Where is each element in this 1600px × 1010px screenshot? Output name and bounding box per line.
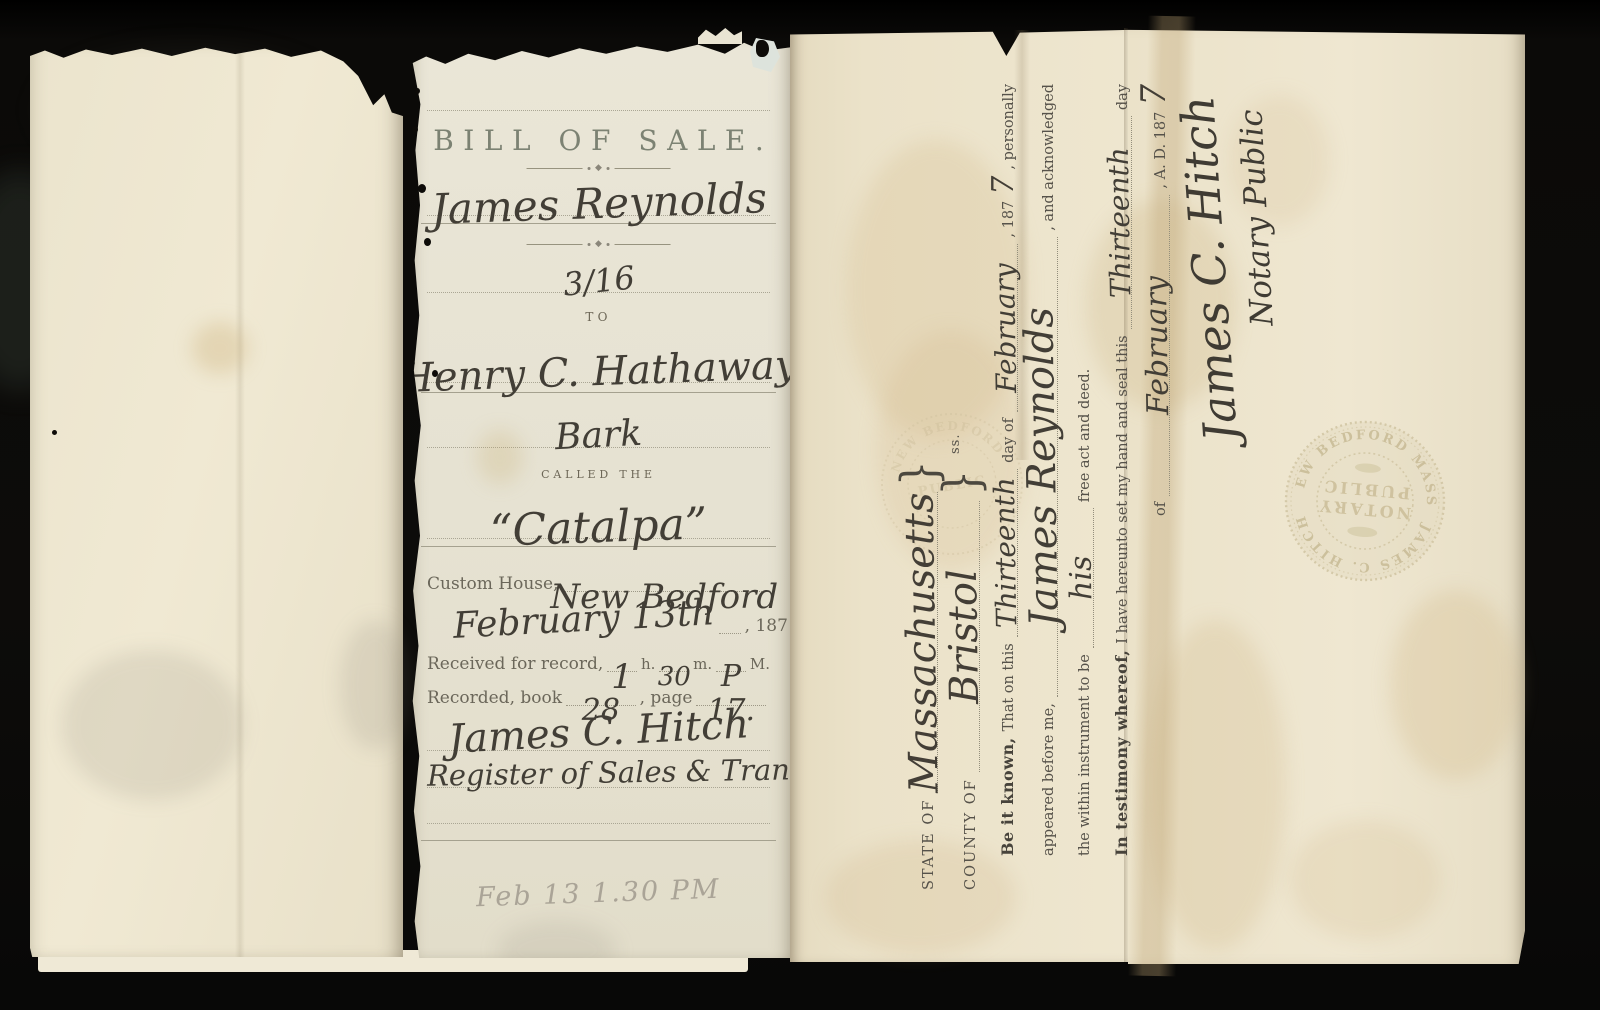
register-title-row: Register of Sales & Transfers	[407, 770, 790, 776]
grantor-row: James Reynolds	[407, 200, 790, 208]
county-label: COUNTY OF	[963, 778, 979, 890]
called-the-row: CALLED THE	[407, 468, 790, 481]
testimony-line-2: of February , A. D. 187 7	[1150, 84, 1170, 516]
hour-label: h.	[641, 655, 655, 673]
ornament-divider: ◆	[526, 164, 671, 173]
day-value: Thirteenth	[1002, 478, 1010, 629]
custom-house-row: Custom House, New Bedford	[407, 574, 790, 594]
free-act-text: free act and deed.	[1077, 369, 1093, 502]
be-it-known-label: Be it known,	[998, 737, 1017, 856]
county-line: COUNTY OF Bristol }	[958, 470, 980, 890]
register-signature-row: James C. Hitch	[407, 728, 790, 736]
grantor-name: James Reynolds	[431, 194, 767, 214]
meridiem-label: M.	[750, 655, 770, 673]
day-text: day	[1115, 84, 1131, 110]
ruled-line	[427, 110, 770, 111]
date-row: February 13th , 187 7.	[407, 616, 790, 636]
to-label: TO	[585, 310, 611, 324]
state-line: STATE OF Massachusetts }	[916, 470, 938, 890]
year-printed: , 187	[1001, 201, 1017, 238]
worm-hole	[424, 238, 431, 246]
on-this-text: That on this	[1001, 643, 1017, 731]
fill-line: 30	[659, 669, 689, 672]
fill-line: P	[716, 669, 746, 672]
ruled-line	[427, 823, 770, 824]
notary-signature: James C. Hitch	[1174, 94, 1244, 443]
month2-fill: February	[1150, 195, 1170, 496]
worm-hole	[412, 126, 418, 133]
pencil-note-row: Feb 13 1.30 PM	[407, 878, 790, 909]
of-text: of	[1153, 502, 1169, 516]
worm-hole	[418, 184, 426, 193]
state-value: Massachusetts	[915, 492, 928, 793]
testimony-label: In testimony whereof,	[1112, 650, 1131, 856]
testimony-text: I have hereunto set my hand and seal thi…	[1115, 335, 1131, 643]
year-value: 7	[1001, 176, 1007, 195]
vessel-name-row: “Catalpa”	[407, 524, 790, 533]
interest-row: 3/16	[407, 278, 790, 284]
appearer-value: James Reynolds	[1035, 307, 1049, 627]
vessel-type-row: Bark	[407, 432, 790, 439]
docket-panel: BILL OF SALE. ◆ James Reynolds ◆ 3/16 TO…	[407, 40, 790, 958]
pronoun-fill: his	[1074, 508, 1094, 648]
fill-line: 28	[566, 703, 636, 706]
called-the-label: CALLED THE	[541, 468, 656, 481]
custom-house-label: Custom House,	[427, 574, 558, 594]
vessel-name: “Catalpa”	[490, 520, 707, 536]
ornament-diamond: ◆	[595, 164, 602, 173]
minute-label: m.	[693, 655, 712, 673]
appeared-text: appeared before me,	[1041, 703, 1057, 856]
notary-acknowledgment: NEW BEDFORD PUBLIC STATE OF Massachusett…	[790, 28, 1525, 962]
personally-text: , personally	[1001, 84, 1017, 170]
acknowledged-text: , and acknowledged	[1041, 84, 1057, 231]
year-printed: , 187	[745, 616, 788, 636]
instrument-text: the within instrument to be	[1077, 654, 1093, 856]
recorded-label: Recorded, book	[427, 688, 562, 708]
stain	[477, 430, 523, 484]
fill-line: 1	[607, 669, 637, 672]
acknowledgment-line-2: appeared before me, James Reynolds , and…	[1036, 84, 1058, 856]
stain	[62, 650, 242, 800]
received-label: Received for record,	[427, 654, 603, 674]
fill-line	[719, 631, 741, 634]
notary-form-rotated: NEW BEDFORD PUBLIC STATE OF Massachusett…	[790, 28, 1525, 962]
ss-label: ss.	[948, 434, 963, 454]
left-blank-panel	[30, 45, 403, 957]
worm-hole	[415, 88, 420, 94]
pencil-note: Feb 13 1.30 PM	[476, 874, 721, 914]
notary-title: Notary Public	[1236, 109, 1278, 327]
day2-fill: Thirteenth	[1112, 116, 1132, 329]
year2-value: 7	[1151, 84, 1158, 106]
acknowledgment-line-1: Be it known, That on this Thirteenth day…	[998, 84, 1018, 856]
acknowledgment-line-3: the within instrument to be his free act…	[1074, 256, 1094, 856]
day-of-text: day of	[1001, 418, 1017, 463]
vessel-type: Bark	[555, 430, 642, 442]
notary-seal: NEW BEDFORD MASS. JAMES C. HITCH NOTARY …	[1275, 411, 1455, 591]
fill-line: New Bedford	[562, 589, 766, 592]
month-value: February	[1002, 263, 1010, 393]
interest-fraction: 3/16	[562, 274, 634, 288]
ad-printed: , A. D. 187	[1153, 112, 1169, 189]
county-value: Bristol	[959, 569, 969, 704]
ornament-diamond: ◆	[595, 240, 602, 249]
state-fill: Massachusetts	[916, 492, 938, 793]
torn-paper-fragment	[698, 28, 742, 44]
county-fill: Bristol	[958, 501, 980, 772]
stain	[340, 620, 410, 750]
day2-value: Thirteenth	[1116, 147, 1124, 298]
day-fill: Thirteenth	[998, 469, 1018, 637]
to-row: TO	[407, 310, 790, 324]
state-label: STATE OF	[921, 799, 937, 890]
received-row: Received for record, 1 h. 30 m. P M.	[407, 654, 790, 674]
pronoun-value: his	[1079, 556, 1086, 600]
docket-title: BILL OF SALE.	[424, 124, 774, 157]
photo-background: BILL OF SALE. ◆ James Reynolds ◆ 3/16 TO…	[0, 0, 1600, 1010]
ornament-divider: ◆	[526, 240, 671, 249]
grantee-row: Henry C. Hathaway	[407, 368, 790, 376]
grantee-name: Henry C. Hathaway	[399, 361, 798, 383]
month-fill: February	[998, 244, 1018, 412]
ruled-line	[421, 840, 776, 841]
docket-title-row: BILL OF SALE.	[407, 124, 790, 157]
month2-value: February	[1154, 276, 1162, 415]
worm-hole	[52, 430, 57, 435]
register-signature: James C. Hitch	[448, 720, 749, 744]
appearer-fill: James Reynolds	[1036, 237, 1058, 697]
worm-hole	[432, 370, 438, 377]
stain	[192, 322, 248, 374]
date-handwritten: February 13th	[453, 609, 715, 630]
tear-notch	[756, 40, 769, 57]
fold-crease	[235, 45, 245, 957]
testimony-line-1: In testimony whereof, I have hereunto se…	[1112, 84, 1132, 856]
